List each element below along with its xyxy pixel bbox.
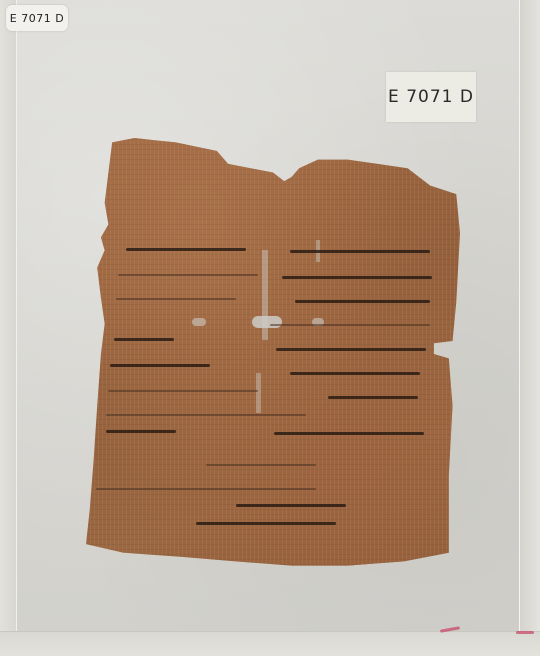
ink-line-6 <box>110 364 210 367</box>
papyrus-gap <box>256 373 261 413</box>
papyrus-gap <box>192 318 206 326</box>
inventory-label-card: E 7071 D <box>386 72 476 122</box>
ink-line-5 <box>114 338 174 341</box>
papyrus-gap <box>252 316 282 328</box>
ink-line-7b <box>328 396 418 399</box>
inventory-number: E 7071 D <box>10 12 64 25</box>
ink-line-6b <box>290 372 420 375</box>
ink-line-3b <box>116 298 236 300</box>
ink-line-9 <box>274 432 424 435</box>
ink-line-12 <box>236 504 346 507</box>
inventory-label-small: E 7071 D <box>6 5 68 31</box>
ink-line-3 <box>295 300 430 303</box>
mount-frame-right <box>519 0 540 656</box>
papyrus-fragment: بسم الله الرحمن الرحيم <box>86 138 460 570</box>
ink-line-10 <box>206 464 316 466</box>
mount-frame-bottom <box>0 631 540 656</box>
ink-line-7 <box>108 390 258 392</box>
ink-line-5b <box>276 348 426 351</box>
ink-line-9b <box>106 430 176 433</box>
ink-line-1b <box>126 248 246 251</box>
ink-line-8 <box>106 414 306 416</box>
ink-line-4 <box>270 324 430 326</box>
mount-frame-left <box>0 0 17 656</box>
inventory-number: E 7071 D <box>388 87 474 107</box>
ink-line-11 <box>96 488 316 490</box>
ink-line-13 <box>196 522 336 525</box>
papyrus-text-line: بسم الله الرحمن الرحيم <box>299 236 430 251</box>
red-wax-mark <box>516 631 534 634</box>
ink-line-2b <box>118 274 258 276</box>
ink-line-2 <box>282 276 432 279</box>
